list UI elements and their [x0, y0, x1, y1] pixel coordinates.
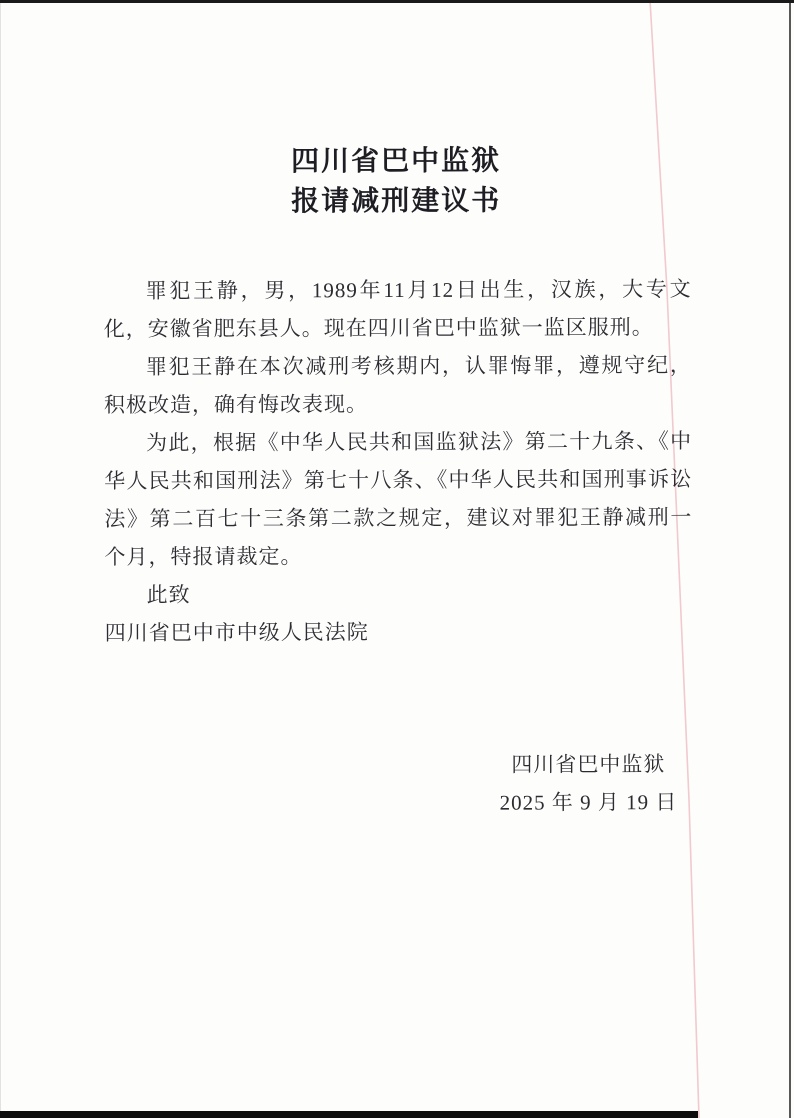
document-body: 罪犯王静，男，1989年11月12日出生，汉族，大专文化，安徽省肥东县人。现在四… [104, 270, 693, 652]
document-page: 四川省巴中监狱 报请减刑建议书 罪犯王静，男，1989年11月12日出生，汉族，… [0, 0, 794, 1118]
signature-block: 四川省巴中监狱 2025 年 9 月 19 日 [499, 745, 677, 822]
title-line-2: 报请减刑建议书 [0, 181, 793, 224]
salutation: 此致 [105, 574, 693, 614]
body-paragraph-3: 为此，根据《中华人民共和国监狱法》第二十九条、《中华人民共和国刑法》第七十八条、… [104, 422, 693, 576]
document-content: 四川省巴中监狱 报请减刑建议书 罪犯王静，男，1989年11月12日出生，汉族，… [0, 0, 794, 823]
body-paragraph-1: 罪犯王静，男，1989年11月12日出生，汉族，大专文化，安徽省肥东县人。现在四… [104, 270, 692, 348]
body-paragraph-2: 罪犯王静在本次减刑考核期内，认罪悔罪，遵规守纪，积极改造，确有悔改表现。 [104, 346, 692, 424]
page-bottom-edge [0, 1111, 698, 1118]
title-line-1: 四川省巴中监狱 [0, 141, 793, 184]
recipient-court: 四川省巴中市中级人民法院 [105, 612, 693, 652]
document-title: 四川省巴中监狱 报请减刑建议书 [0, 141, 793, 224]
signature-date: 2025 年 9 月 19 日 [500, 783, 678, 822]
signature-organization: 四川省巴中监狱 [499, 745, 677, 784]
